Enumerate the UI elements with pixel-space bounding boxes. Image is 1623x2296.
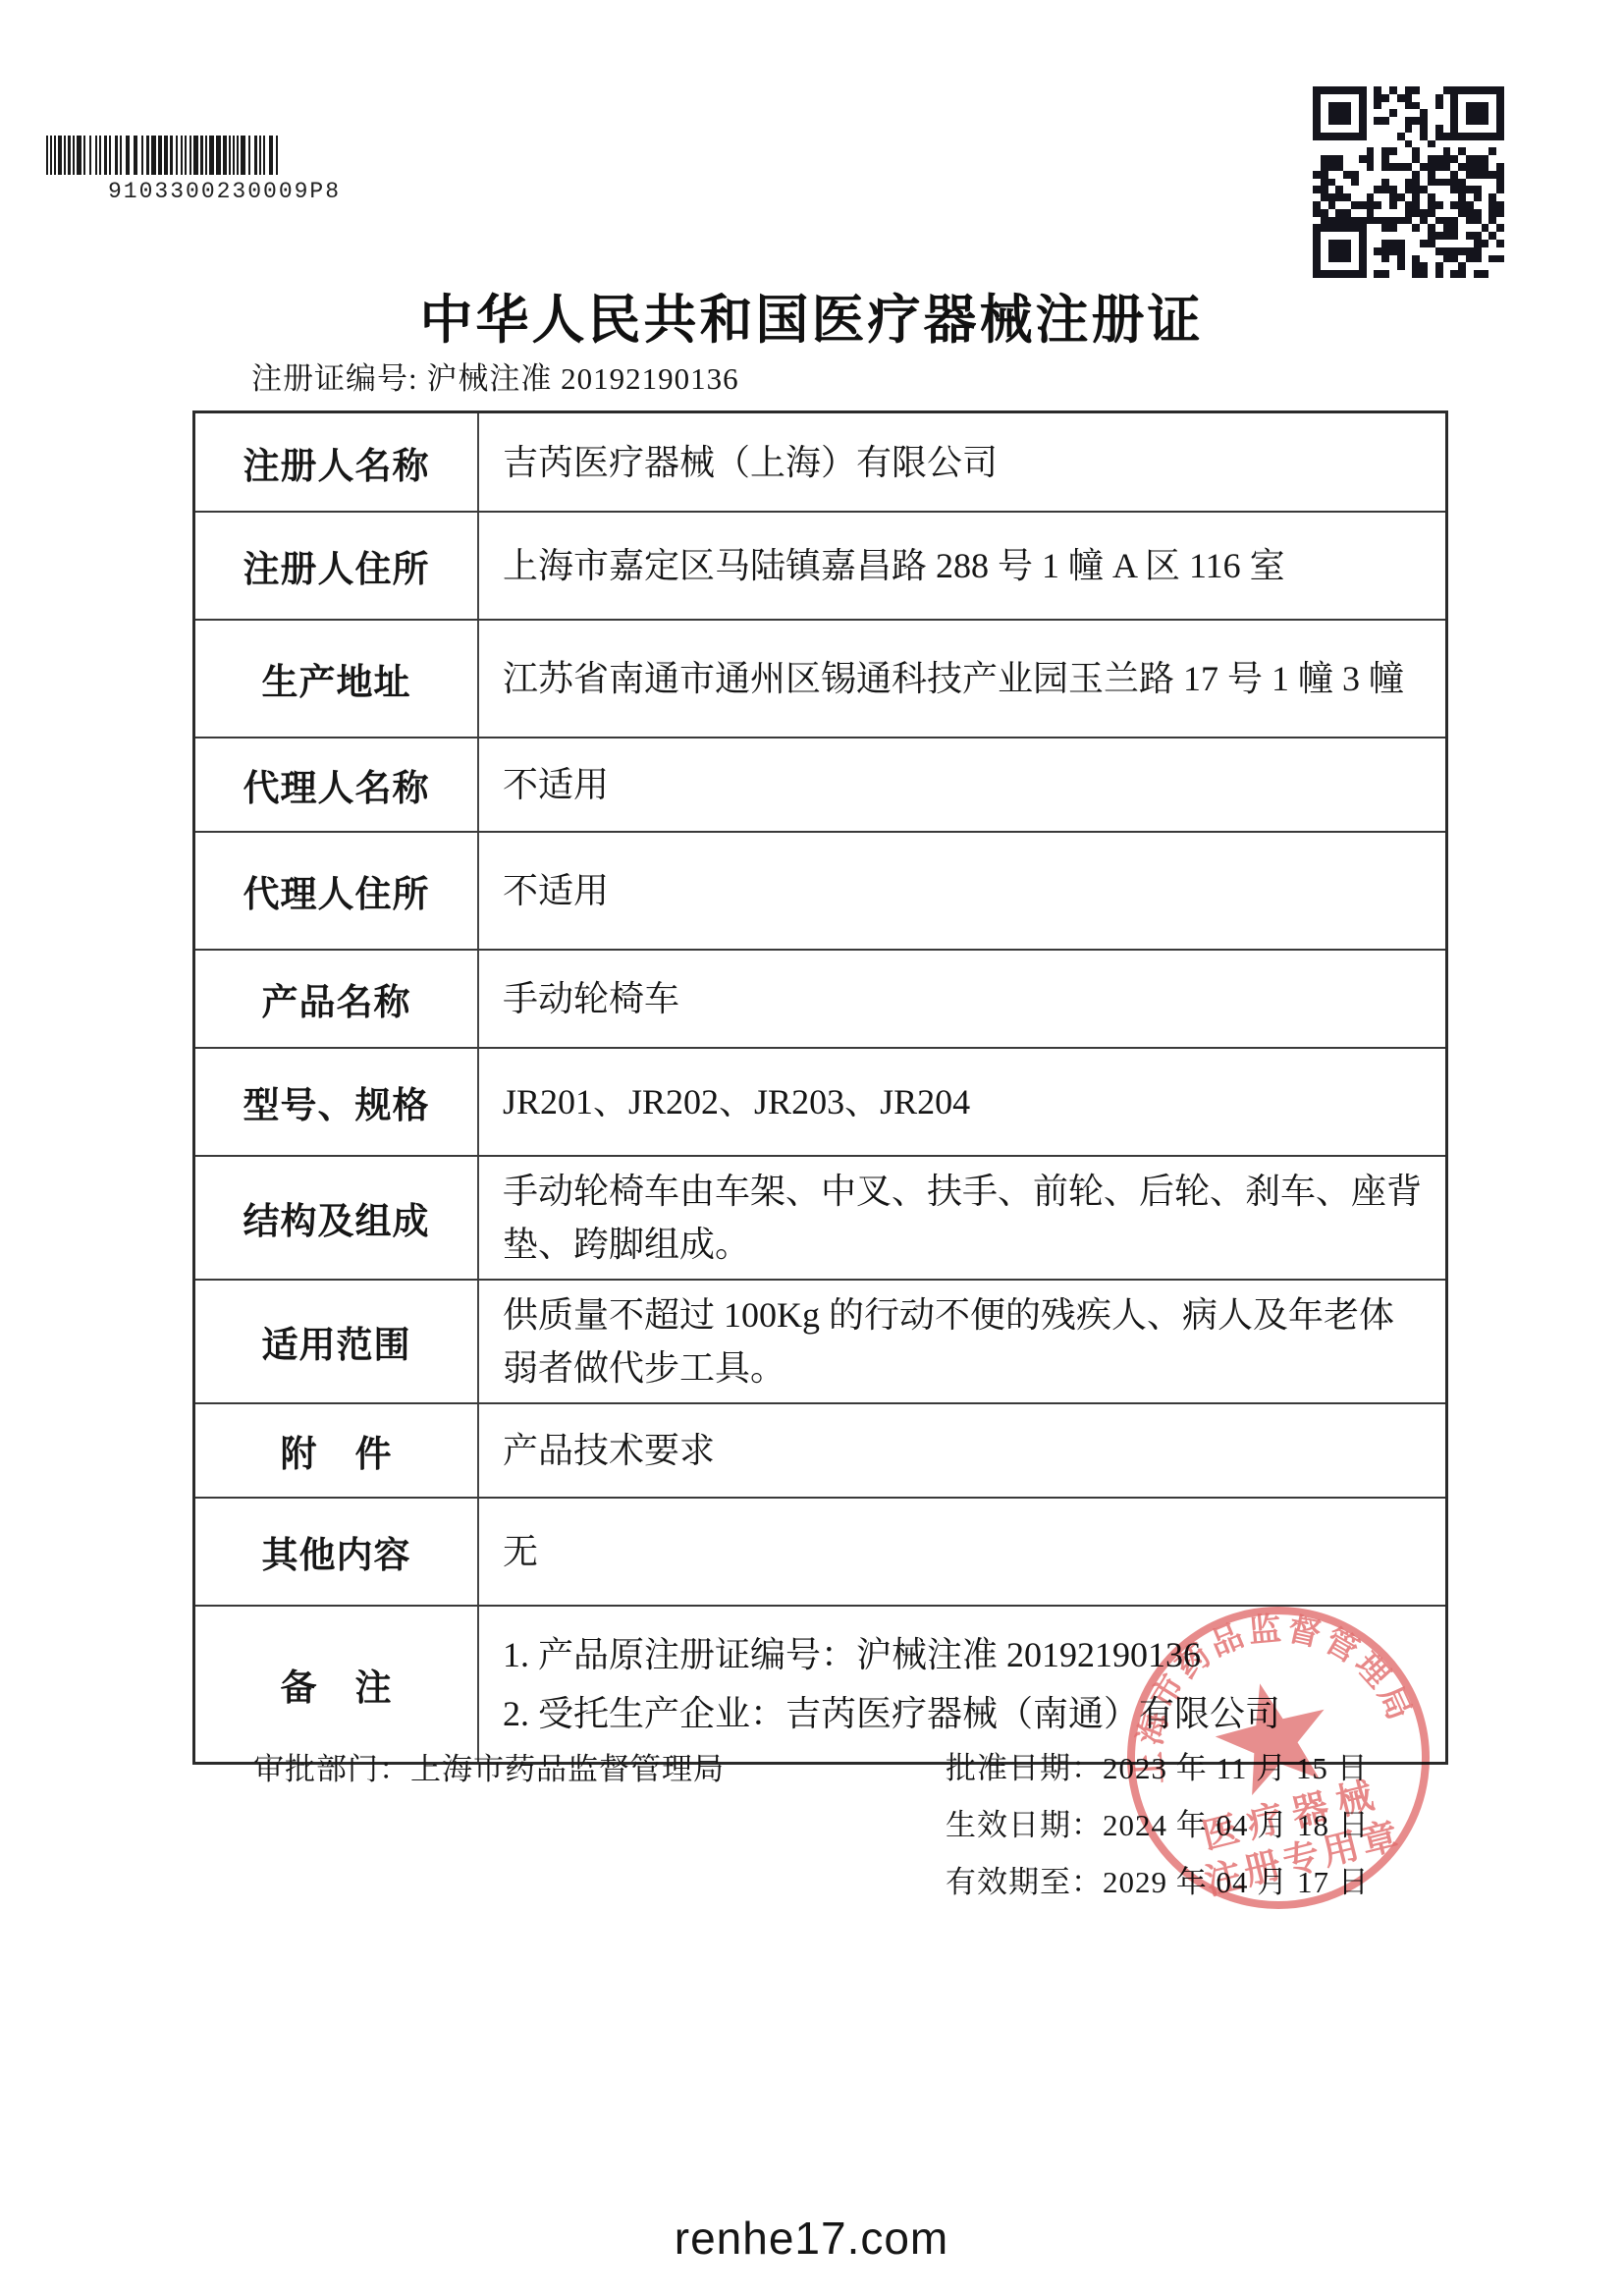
row-label: 附 件 — [195, 1404, 479, 1497]
row-value-text: 不适用 — [503, 758, 1424, 811]
row-value: JR201、JR202、JR203、JR204 — [479, 1049, 1445, 1155]
table-row: 备 注 1. 产品原注册证编号：沪械注准 20192190136 2. 受托生产… — [195, 1605, 1445, 1762]
certificate-page: 9103300230009P8 中华人民共和国医疗器械注册证 注册证编号: 沪械… — [0, 0, 1623, 2296]
row-value-text: 供质量不超过 100Kg 的行动不便的残疾人、病人及年老体弱者做代步工具。 — [503, 1288, 1424, 1394]
date-line-expiry: 有效期至：2029 年 04 月 17 日 — [946, 1854, 1370, 1911]
row-value: 不适用 — [479, 738, 1445, 831]
row-value: 手动轮椅车由车架、中叉、扶手、前轮、后轮、刹车、座背垫、跨脚组成。 — [479, 1157, 1445, 1279]
row-label: 注册人住所 — [195, 513, 479, 619]
row-label: 代理人住所 — [195, 833, 479, 949]
row-value: 产品技术要求 — [479, 1404, 1445, 1497]
footer-watermark: renhe17.com — [0, 2212, 1623, 2265]
row-value-text: 上海市嘉定区马陆镇嘉昌路 288 号 1 幢 A 区 116 室 — [503, 539, 1424, 592]
remark-line: 2. 受托生产企业：吉芮医疗器械（南通）有限公司 — [503, 1684, 1424, 1743]
approval-dept: 审批部门：上海市药品监督管理局 — [253, 1744, 725, 1788]
row-label: 型号、规格 — [195, 1049, 479, 1155]
row-value: 手动轮椅车 — [479, 951, 1445, 1047]
row-value-text: 产品技术要求 — [503, 1424, 1424, 1477]
row-label: 注册人名称 — [195, 413, 479, 511]
row-value: 不适用 — [479, 833, 1445, 949]
row-label: 备 注 — [195, 1607, 479, 1762]
date-line-effective: 生效日期：2024 年 04 月 18 日 — [946, 1797, 1370, 1854]
row-value-text: JR201、JR202、JR203、JR204 — [503, 1075, 1424, 1128]
barcode-number: 9103300230009P8 — [108, 179, 341, 204]
table-row: 产品名称 手动轮椅车 — [195, 949, 1445, 1047]
row-value-text: 不适用 — [503, 864, 1424, 917]
row-value: 上海市嘉定区马陆镇嘉昌路 288 号 1 幢 A 区 116 室 — [479, 513, 1445, 619]
certificate-table: 注册人名称 吉芮医疗器械（上海）有限公司 注册人住所 上海市嘉定区马陆镇嘉昌路 … — [192, 410, 1448, 1765]
row-value: 吉芮医疗器械（上海）有限公司 — [479, 413, 1445, 511]
table-row: 附 件 产品技术要求 — [195, 1402, 1445, 1497]
row-label: 产品名称 — [195, 951, 479, 1047]
table-row: 适用范围 供质量不超过 100Kg 的行动不便的残疾人、病人及年老体弱者做代步工… — [195, 1279, 1445, 1402]
date-line-approved: 批准日期：2023 年 11 月 15 日 — [946, 1740, 1370, 1797]
page-title: 中华人民共和国医疗器械注册证 — [0, 278, 1623, 354]
row-label: 结构及组成 — [195, 1157, 479, 1279]
table-row: 型号、规格 JR201、JR202、JR203、JR204 — [195, 1047, 1445, 1155]
reg-number-line: 注册证编号: 沪械注准 20192190136 — [251, 354, 739, 398]
table-row: 结构及组成 手动轮椅车由车架、中叉、扶手、前轮、后轮、刹车、座背垫、跨脚组成。 — [195, 1155, 1445, 1279]
table-row: 注册人住所 上海市嘉定区马陆镇嘉昌路 288 号 1 幢 A 区 116 室 — [195, 511, 1445, 619]
row-label: 生产地址 — [195, 621, 479, 737]
table-row: 代理人住所 不适用 — [195, 831, 1445, 949]
table-row: 生产地址 江苏省南通市通州区锡通科技产业园玉兰路 17 号 1 幢 3 幢 — [195, 619, 1445, 737]
table-row: 注册人名称 吉芮医疗器械（上海）有限公司 — [195, 413, 1445, 511]
row-value: 江苏省南通市通州区锡通科技产业园玉兰路 17 号 1 幢 3 幢 — [479, 621, 1445, 737]
barcode — [46, 136, 331, 175]
table-row: 其他内容 无 — [195, 1497, 1445, 1605]
row-value-text: 江苏省南通市通州区锡通科技产业园玉兰路 17 号 1 幢 3 幢 — [503, 652, 1424, 705]
row-value-text: 手动轮椅车由车架、中叉、扶手、前轮、后轮、刹车、座背垫、跨脚组成。 — [503, 1165, 1424, 1271]
approval-dates: 批准日期：2023 年 11 月 15 日 生效日期：2024 年 04 月 1… — [946, 1740, 1370, 1911]
remark-line: 1. 产品原注册证编号：沪械注准 20192190136 — [503, 1625, 1424, 1684]
row-value: 无 — [479, 1499, 1445, 1605]
row-value: 供质量不超过 100Kg 的行动不便的残疾人、病人及年老体弱者做代步工具。 — [479, 1281, 1445, 1402]
row-label: 代理人名称 — [195, 738, 479, 831]
row-value: 1. 产品原注册证编号：沪械注准 20192190136 2. 受托生产企业：吉… — [479, 1607, 1445, 1762]
table-row: 代理人名称 不适用 — [195, 737, 1445, 831]
row-value-text: 无 — [503, 1525, 1424, 1578]
row-label: 适用范围 — [195, 1281, 479, 1402]
row-value-text: 手动轮椅车 — [503, 972, 1424, 1025]
row-label: 其他内容 — [195, 1499, 479, 1605]
qr-code — [1313, 86, 1504, 278]
row-value-text: 吉芮医疗器械（上海）有限公司 — [503, 436, 1424, 489]
